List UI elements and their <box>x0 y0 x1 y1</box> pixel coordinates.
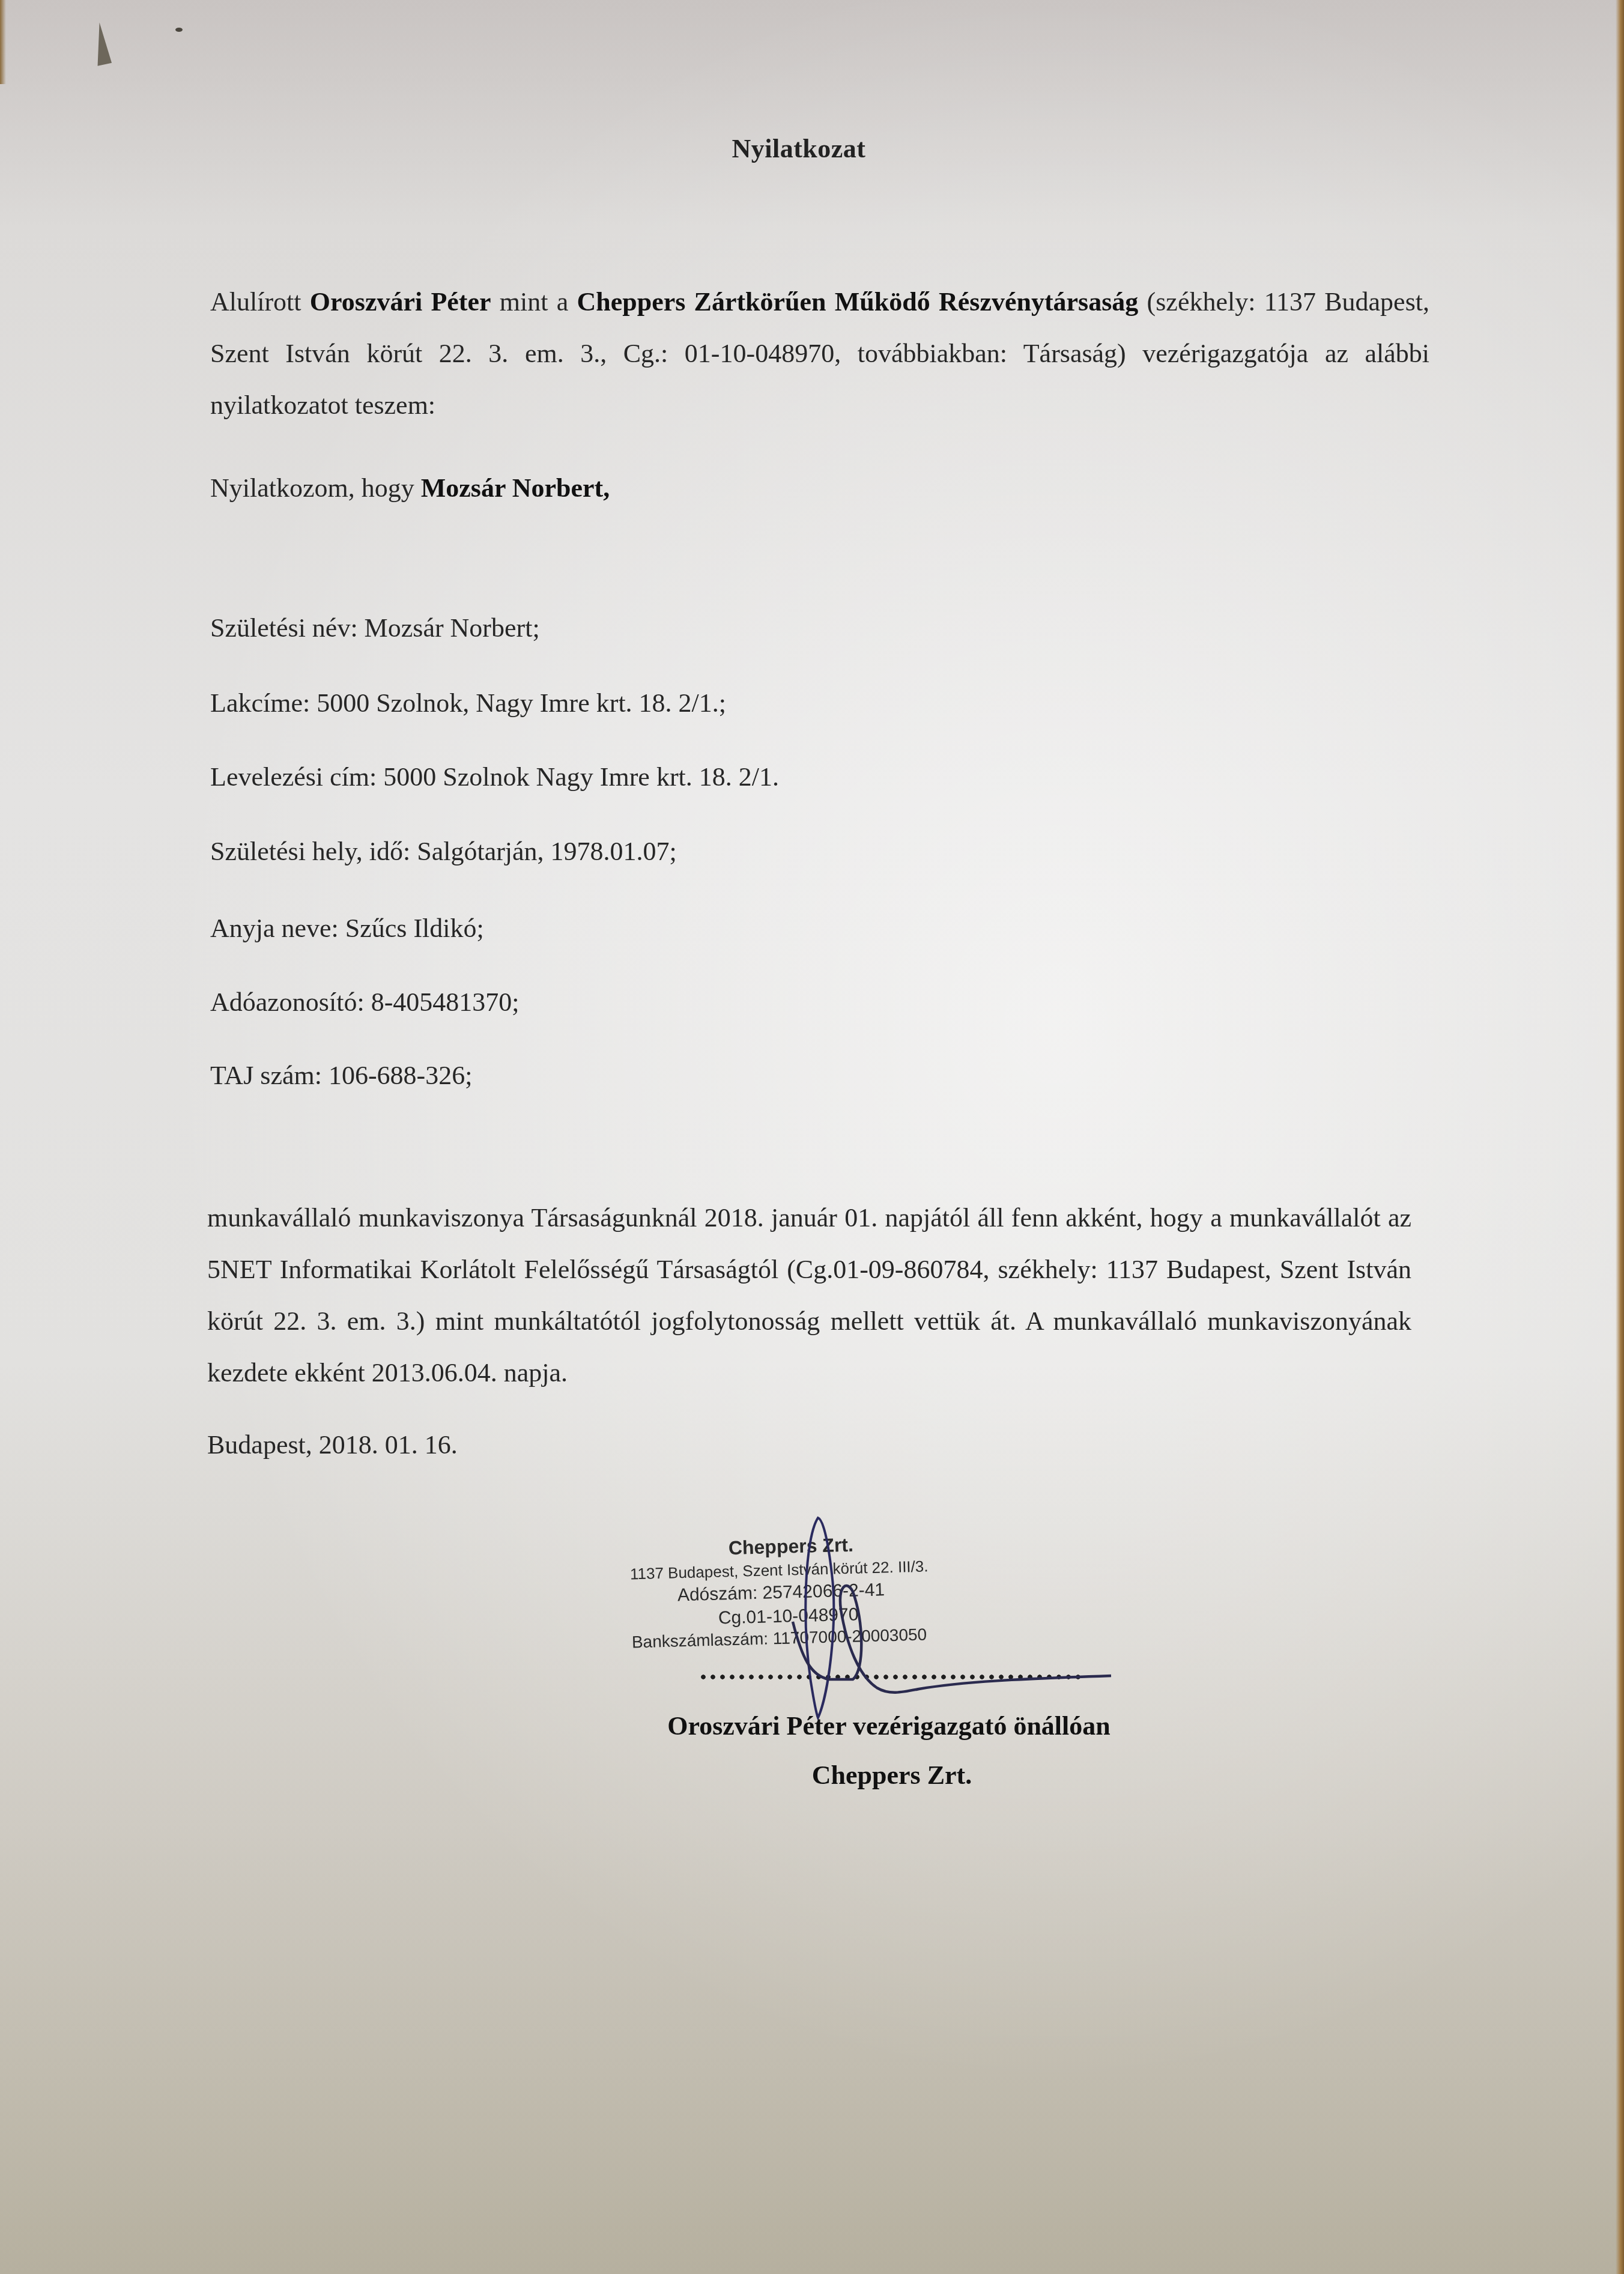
field-birth-name: Születési név: Mozsár Norbert; <box>210 613 540 643</box>
intro-prefix: Alulírott <box>210 287 310 317</box>
field-value: 5000 Szolnok Nagy Imre krt. 18. 2/1. <box>383 762 779 792</box>
field-label: Születési hely, idő: <box>210 837 410 866</box>
field-value: 8-405481370; <box>371 987 520 1017</box>
signature-dotted-line <box>698 1675 1083 1679</box>
field-label: Születési név: <box>210 613 358 643</box>
signatory-company: Cheppers Zrt. <box>0 1760 1624 1790</box>
field-label: TAJ szám: <box>210 1061 322 1090</box>
stamp-company-reg: Cg.01-10-048970 <box>718 1605 859 1629</box>
declaration-document: Nyilatkozat Alulírott Oroszvári Péter mi… <box>0 0 1624 2274</box>
intro-paragraph: Alulírott Oroszvári Péter mint a Chepper… <box>210 276 1429 431</box>
declarant-name: Oroszvári Péter <box>310 287 491 317</box>
field-label: Adóazonosító: <box>210 987 365 1017</box>
field-label: Lakcíme: <box>210 688 310 718</box>
company-full-name: Cheppers Zártkörűen Működő Részvénytársa… <box>577 287 1138 317</box>
field-mother-name: Anyja neve: Szűcs Ildikó; <box>210 913 484 944</box>
place-date: Budapest, 2018. 01. 16. <box>207 1430 458 1460</box>
employee-name: Mozsár Norbert, <box>421 473 610 503</box>
statement-line: Nyilatkozom, hogy Mozsár Norbert, <box>210 462 610 514</box>
stamp-bank-account: Bankszámlaszám: 11707000-20003050 <box>632 1625 927 1652</box>
field-taj-number: TAJ szám: 106-688-326; <box>210 1060 472 1091</box>
stamp-company-name: Cheppers Zrt. <box>728 1534 853 1559</box>
field-birth-place-date: Születési hely, idő: Salgótarján, 1978.0… <box>210 836 677 867</box>
field-value: 5000 Szolnok, Nagy Imre krt. 18. 2/1.; <box>317 688 726 718</box>
field-value: 106-688-326; <box>329 1061 473 1090</box>
field-label: Anyja neve: <box>210 914 339 943</box>
field-label: Levelezési cím: <box>210 762 377 792</box>
field-mailing-address: Levelezési cím: 5000 Szolnok Nagy Imre k… <box>210 762 779 792</box>
signatory-name-title: Oroszvári Péter vezérigazgató önállóan <box>0 1711 1624 1741</box>
field-value: Mozsár Norbert; <box>365 613 540 643</box>
stamp-tax-number: Adószám: 25742066-2-41 <box>677 1580 885 1605</box>
field-tax-id: Adóazonosító: 8-405481370; <box>210 987 520 1017</box>
intro-middle: mint a <box>491 287 577 317</box>
document-title: Nyilatkozat <box>0 133 1598 164</box>
field-value: Szűcs Ildikó; <box>345 914 484 943</box>
field-value: Salgótarján, 1978.01.07; <box>417 837 677 866</box>
statement-prefix: Nyilatkozom, hogy <box>210 473 421 503</box>
field-address: Lakcíme: 5000 Szolnok, Nagy Imre krt. 18… <box>210 688 726 718</box>
employment-paragraph: munkavállaló munkaviszonya Társaságunkná… <box>207 1192 1411 1399</box>
